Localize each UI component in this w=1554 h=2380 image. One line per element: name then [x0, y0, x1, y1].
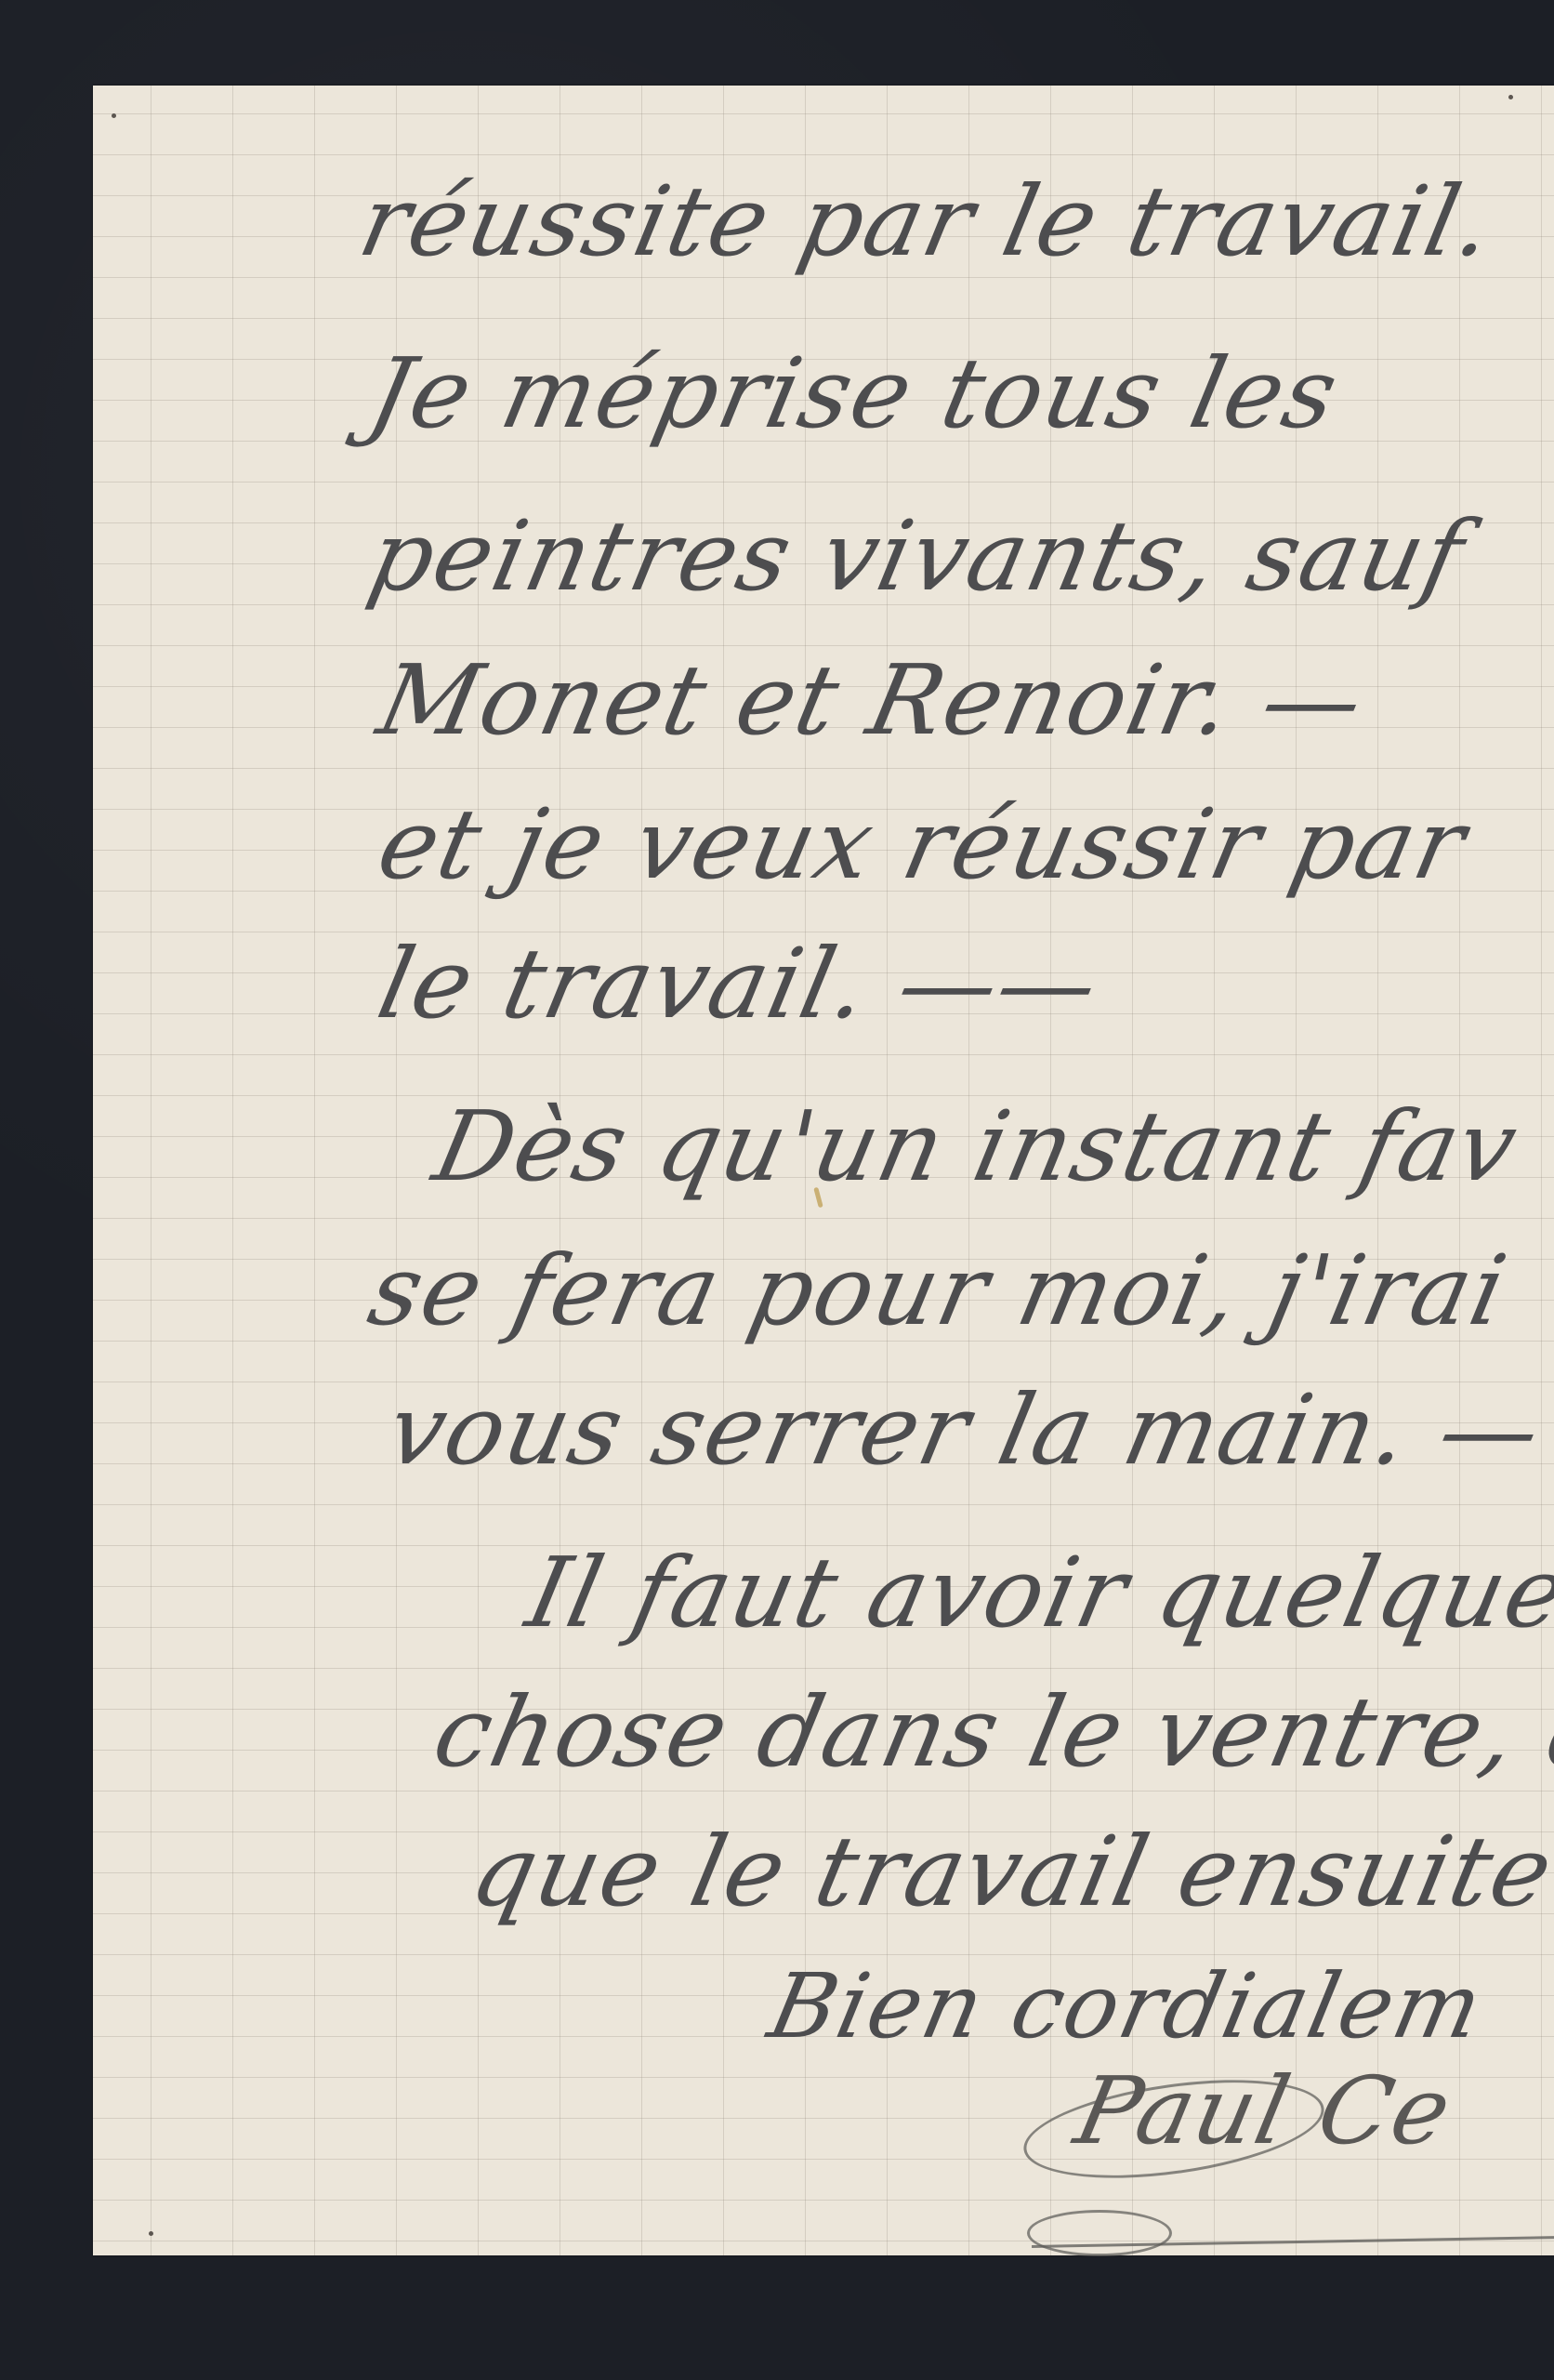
signature-paraph-loop — [1027, 2210, 1172, 2256]
paper-speck — [1508, 95, 1513, 99]
letter-line-6: le travail. —— — [369, 927, 1110, 1040]
letter-line-1: réussite par le travail. — [350, 165, 1505, 278]
letter-line-5: et je veux réussir par — [369, 787, 1476, 901]
letter-line-8: se fera pour moi, j'irai — [360, 1234, 1517, 1347]
signature: Paul Ce — [1067, 2056, 1462, 2165]
letter-line-11: chose dans le ventre, en — [425, 1675, 1554, 1789]
letter-line-3: peintres vivants, sauf — [360, 499, 1475, 613]
letter-line-12: que le travail ensuite. — — [462, 1815, 1554, 1928]
paper-speck — [112, 113, 116, 118]
paper-speck — [149, 2231, 153, 2236]
letter-line-2: Je méprise tous les — [360, 337, 1349, 450]
letter-line-4: Monet et Renoir. — — [369, 643, 1375, 757]
letter-line-9: vous serrer la main. — — [378, 1373, 1552, 1487]
letter-line-10: Il faut avoir quelque — [518, 1536, 1554, 1649]
letter-closing: Bien cordialem — [760, 1954, 1493, 2058]
letter-page: réussite par le travail. Je méprise tous… — [93, 86, 1554, 2255]
letter-line-7: Dès qu'un instant fav — [425, 1090, 1528, 1203]
